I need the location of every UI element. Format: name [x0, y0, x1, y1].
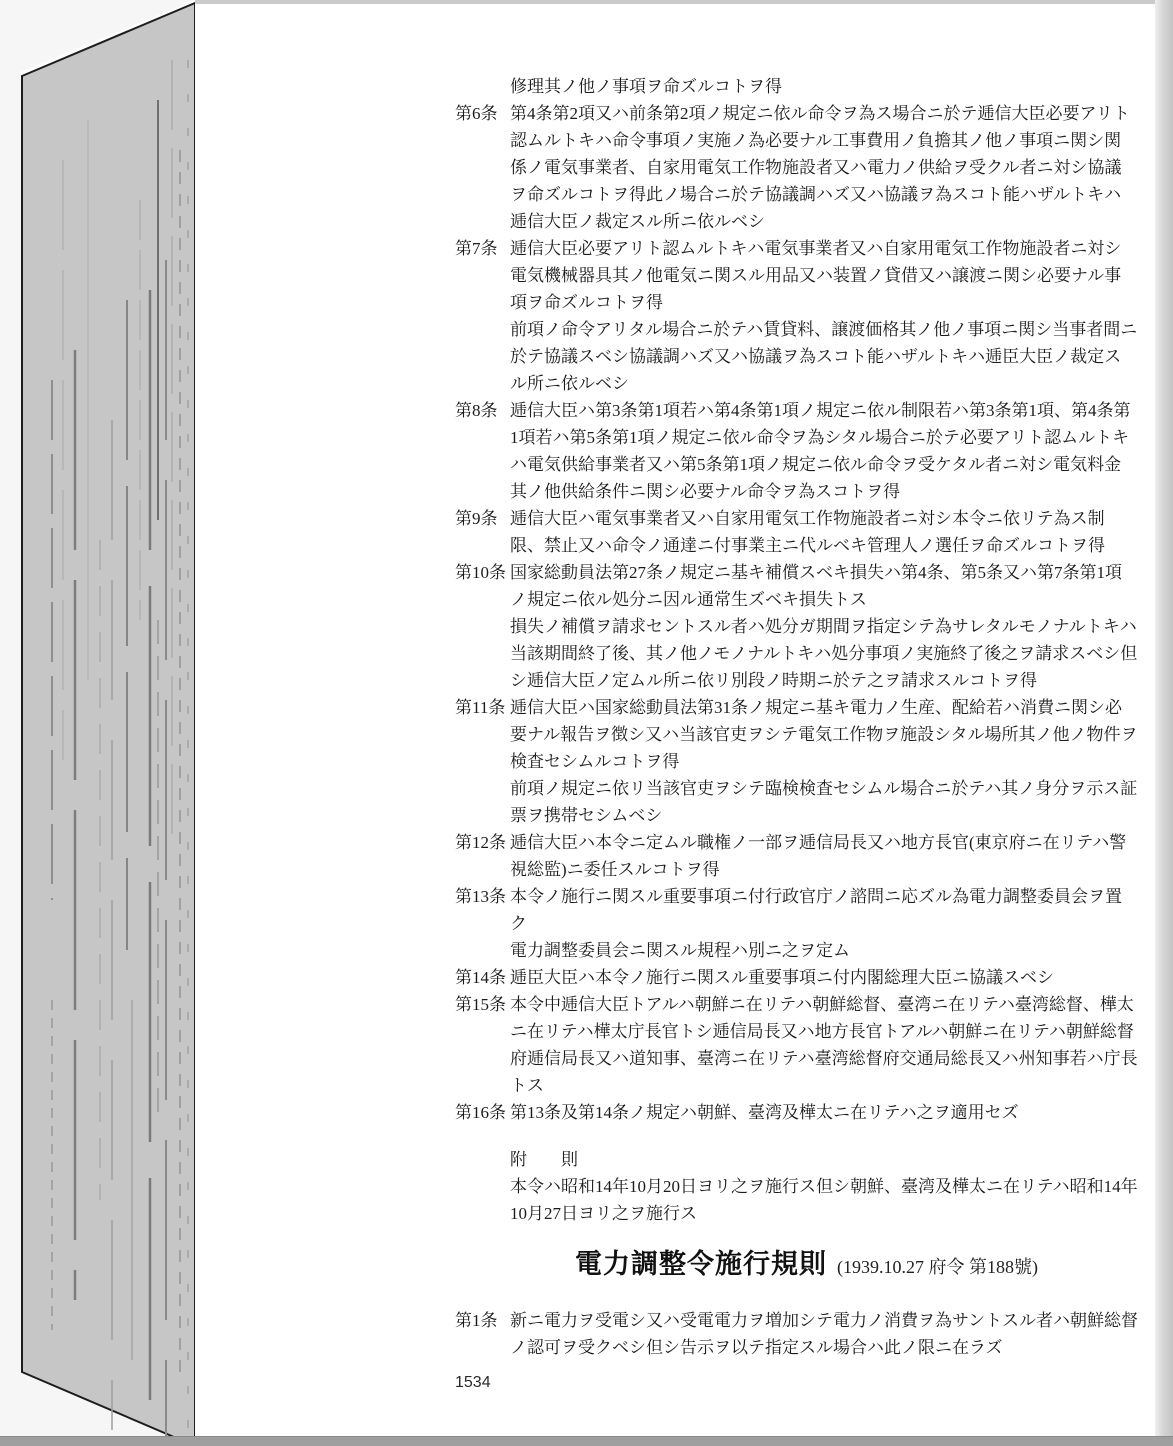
scanned-book-page: 修理其ノ他ノ事項ヲ命ズルコトヲ得 第6条 第4条第2項又ハ前条第2項ノ規定ニ依ル…: [0, 0, 1173, 1446]
document-text-block: 修理其ノ他ノ事項ヲ命ズルコトヲ得 第6条 第4条第2項又ハ前条第2項ノ規定ニ依ル…: [455, 73, 1145, 1396]
paragraph: 第4条第2項又ハ前条第2項ノ規定ニ依ル命令ヲ為ス場合ニ於テ逓信大臣必要アリト認ム…: [510, 100, 1138, 235]
paragraph: 国家総動員法第27条ノ規定ニ基キ補償スベキ損失ハ第4条、第5条又ハ第7条第1項ノ…: [510, 559, 1138, 613]
section-subtitle: (1939.10.27 府令 第188號): [837, 1254, 1038, 1281]
article-text: 本令ノ施行ニ関スル重要事項ニ付行政官庁ノ諮問ニ応ズル為電力調整委員会ヲ置ク 電力…: [510, 883, 1138, 964]
article-7: 第7条 逓信大臣必要アリト認ムルトキハ電気事業者又ハ自家用電気工作物施設者ニ対シ…: [455, 235, 1145, 397]
article-number: 第9条: [455, 505, 510, 532]
article-text: 逓臣大臣ハ本令ノ施行ニ関スル重要事項ニ付内閣総理大臣ニ協議スベシ: [510, 964, 1138, 991]
article-number: 第14条: [455, 964, 510, 991]
continuation-line: 修理其ノ他ノ事項ヲ命ズルコトヲ得: [510, 73, 1138, 100]
article-number: 第1条: [455, 1307, 510, 1334]
paragraph: 新ニ電力ヲ受電シ又ハ受電電力ヲ増加シテ電力ノ消費ヲ為サントスル者ハ朝鮮総督ノ認可…: [510, 1307, 1138, 1361]
article-12: 第12条 逓信大臣ハ本令ニ定ムル職権ノ一部ヲ逓信局長又ハ地方長官(東京府ニ在リテ…: [455, 829, 1145, 883]
article-15: 第15条 本令中逓信大臣トアルハ朝鮮ニ在リテハ朝鮮総督、臺湾ニ在リテハ臺湾総督、…: [455, 991, 1145, 1099]
article-number: 第15条: [455, 991, 510, 1018]
scan-right-edge: [1155, 0, 1173, 1446]
article-text: 逓信大臣ハ第3条第1項若ハ第4条第1項ノ規定ニ依ル制限若ハ第3条第1項、第4条第…: [510, 397, 1138, 505]
paragraph: 本令ノ施行ニ関スル重要事項ニ付行政官庁ノ諮問ニ応ズル為電力調整委員会ヲ置ク: [510, 883, 1138, 937]
article-text: 逓信大臣ハ電気事業者又ハ自家用電気工作物施設者ニ対シ本令ニ依リテ為ス制限、禁止又…: [510, 505, 1138, 559]
paragraph: 本令中逓信大臣トアルハ朝鮮ニ在リテハ朝鮮総督、臺湾ニ在リテハ臺湾総督、樺太ニ在リ…: [510, 991, 1138, 1099]
paragraph: 逓信大臣ハ電気事業者又ハ自家用電気工作物施設者ニ対シ本令ニ依リテ為ス制限、禁止又…: [510, 505, 1138, 559]
paragraph: 逓信大臣ハ第3条第1項若ハ第4条第1項ノ規定ニ依ル制限若ハ第3条第1項、第4条第…: [510, 397, 1138, 505]
section-title: 電力調整令施行規則: [575, 1251, 827, 1278]
paragraph: 第13条及第14条ノ規定ハ朝鮮、臺湾及樺太ニ在リテハ之ヲ適用セズ: [510, 1099, 1138, 1126]
paragraph: 前項ノ命令アリタル場合ニ於テハ賃貸料、譲渡価格其ノ他ノ事項ニ関シ当事者間ニ於テ協…: [510, 316, 1138, 397]
article-number: 第16条: [455, 1099, 510, 1126]
appendix-body: 本令ハ昭和14年10月20日ヨリ之ヲ施行ス但シ朝鮮、臺湾及樺太ニ在リテハ昭和14…: [510, 1173, 1138, 1227]
paragraph: 損失ノ補償ヲ請求セントスル者ハ処分ガ期間ヲ指定シテ為サレタルモノナルトキハ当該期…: [510, 613, 1138, 694]
book-page-edges-graphic: [0, 0, 200, 1446]
article-text: 逓信大臣ハ本令ニ定ムル職権ノ一部ヲ逓信局長又ハ地方長官(東京府ニ在リテハ警視総監…: [510, 829, 1138, 883]
article-number: 第13条: [455, 883, 510, 910]
scan-bottom-edge: [0, 1437, 1173, 1446]
article-text: 逓信大臣必要アリト認ムルトキハ電気事業者又ハ自家用電気工作物施設者ニ対シ電気機械…: [510, 235, 1138, 397]
regulation-article-1: 第1条 新ニ電力ヲ受電シ又ハ受電電力ヲ増加シテ電力ノ消費ヲ為サントスル者ハ朝鮮総…: [455, 1307, 1145, 1361]
article-8: 第8条 逓信大臣ハ第3条第1項若ハ第4条第1項ノ規定ニ依ル制限若ハ第3条第1項、…: [455, 397, 1145, 505]
paragraph: 逓信大臣ハ国家総動員法第31条ノ規定ニ基キ電力ノ生産、配給若ハ消費ニ関シ必要ナル…: [510, 694, 1138, 775]
paragraph: 逓信大臣必要アリト認ムルトキハ電気事業者又ハ自家用電気工作物施設者ニ対シ電気機械…: [510, 235, 1138, 316]
article-number: 第12条: [455, 829, 510, 856]
article-text: 第4条第2項又ハ前条第2項ノ規定ニ依ル命令ヲ為ス場合ニ於テ逓信大臣必要アリト認ム…: [510, 100, 1138, 235]
article-text: 新ニ電力ヲ受電シ又ハ受電電力ヲ増加シテ電力ノ消費ヲ為サントスル者ハ朝鮮総督ノ認可…: [510, 1307, 1138, 1361]
page-number: 1534: [455, 1369, 1145, 1396]
article-number: 第10条: [455, 559, 510, 586]
appendix-title: 附 則: [510, 1146, 1145, 1173]
article-16: 第16条 第13条及第14条ノ規定ハ朝鮮、臺湾及樺太ニ在リテハ之ヲ適用セズ: [455, 1099, 1145, 1126]
scan-top-edge: [195, 0, 1158, 4]
article-number: 第7条: [455, 235, 510, 262]
paragraph: 逓臣大臣ハ本令ノ施行ニ関スル重要事項ニ付内閣総理大臣ニ協議スベシ: [510, 964, 1138, 991]
paragraph: 前項ノ規定ニ依リ当該官吏ヲシテ臨検検査セシムル場合ニ於テハ其ノ身分ヲ示ス証票ヲ携…: [510, 775, 1138, 829]
section-heading: 電力調整令施行規則 (1939.10.27 府令 第188號): [575, 1251, 1145, 1281]
article-text: 第13条及第14条ノ規定ハ朝鮮、臺湾及樺太ニ在リテハ之ヲ適用セズ: [510, 1099, 1138, 1126]
article-number: 第11条: [455, 694, 510, 721]
article-number: 第6条: [455, 100, 510, 127]
article-10: 第10条 国家総動員法第27条ノ規定ニ基キ補償スベキ損失ハ第4条、第5条又ハ第7…: [455, 559, 1145, 694]
article-11: 第11条 逓信大臣ハ国家総動員法第31条ノ規定ニ基キ電力ノ生産、配給若ハ消費ニ関…: [455, 694, 1145, 829]
document-page: 修理其ノ他ノ事項ヲ命ズルコトヲ得 第6条 第4条第2項又ハ前条第2項ノ規定ニ依ル…: [195, 0, 1173, 1446]
article-14: 第14条 逓臣大臣ハ本令ノ施行ニ関スル重要事項ニ付内閣総理大臣ニ協議スベシ: [455, 964, 1145, 991]
paragraph: 電力調整委員会ニ関スル規程ハ別ニ之ヲ定ム: [510, 937, 1138, 964]
article-text: 逓信大臣ハ国家総動員法第31条ノ規定ニ基キ電力ノ生産、配給若ハ消費ニ関シ必要ナル…: [510, 694, 1138, 829]
article-6: 第6条 第4条第2項又ハ前条第2項ノ規定ニ依ル命令ヲ為ス場合ニ於テ逓信大臣必要ア…: [455, 100, 1145, 235]
paragraph: 逓信大臣ハ本令ニ定ムル職権ノ一部ヲ逓信局長又ハ地方長官(東京府ニ在リテハ警視総監…: [510, 829, 1138, 883]
article-13: 第13条 本令ノ施行ニ関スル重要事項ニ付行政官庁ノ諮問ニ応ズル為電力調整委員会ヲ…: [455, 883, 1145, 964]
article-text: 本令中逓信大臣トアルハ朝鮮ニ在リテハ朝鮮総督、臺湾ニ在リテハ臺湾総督、樺太ニ在リ…: [510, 991, 1138, 1099]
article-number: 第8条: [455, 397, 510, 424]
article-text: 国家総動員法第27条ノ規定ニ基キ補償スベキ損失ハ第4条、第5条又ハ第7条第1項ノ…: [510, 559, 1138, 694]
article-9: 第9条 逓信大臣ハ電気事業者又ハ自家用電気工作物施設者ニ対シ本令ニ依リテ為ス制限…: [455, 505, 1145, 559]
